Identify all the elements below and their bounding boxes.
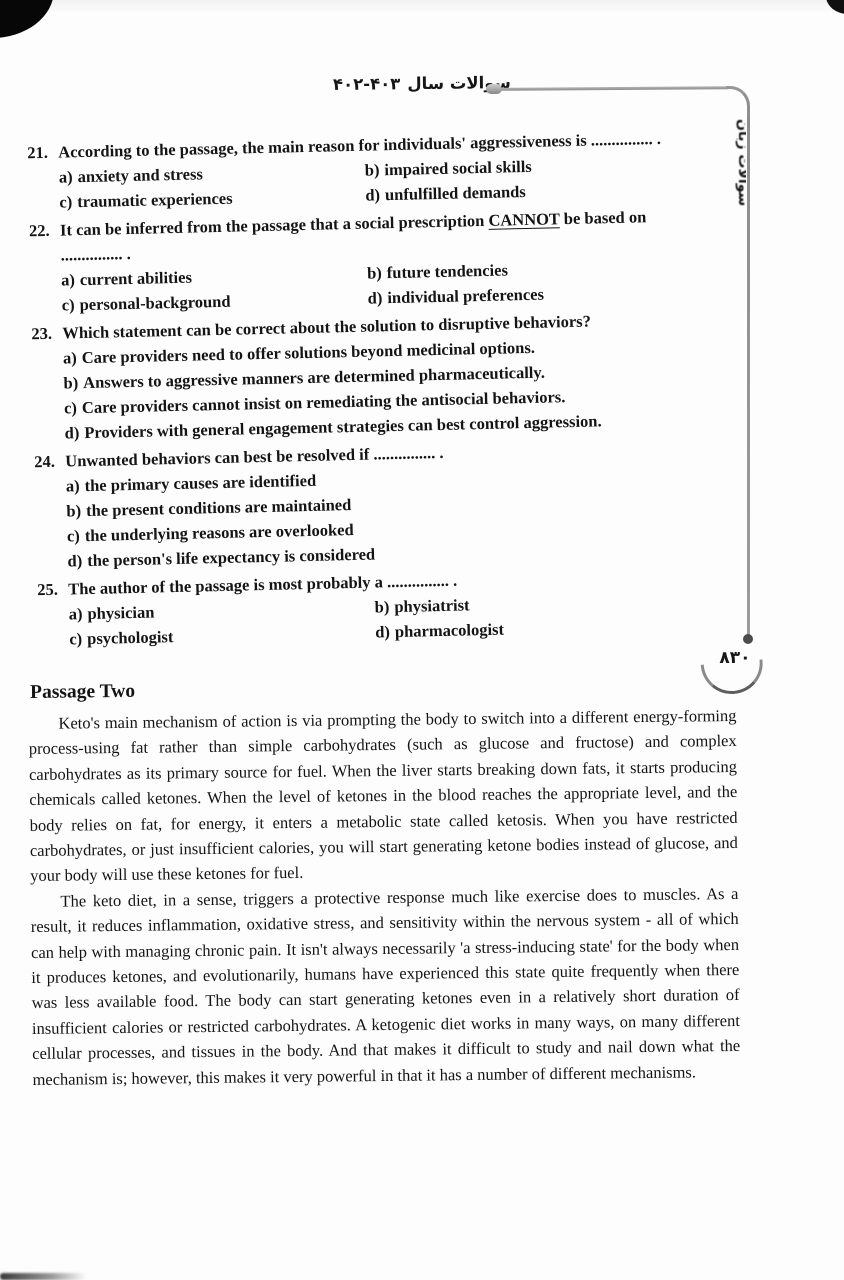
option-text: the person's life expectancy is consider…: [87, 545, 375, 571]
option-letter: a): [69, 604, 83, 623]
question-number: 23.: [31, 321, 52, 346]
passage-heading: Passage Two: [30, 674, 736, 704]
option-text: physiatrist: [394, 595, 470, 616]
option-letter: b): [66, 501, 81, 520]
option-text: anxiety and stress: [77, 164, 203, 186]
option-letter: d): [375, 622, 390, 641]
question-item: 25.The author of the passage is most pro…: [10, 561, 754, 653]
ornament-capsule: [486, 84, 502, 94]
option-letter: b): [367, 263, 382, 282]
stem-segment: CANNOT: [488, 209, 560, 230]
option-text: the underlying reasons are overlooked: [85, 520, 354, 545]
header-title-years: ۴۰۲-۴۰۳: [333, 74, 400, 94]
question-number: 25.: [37, 577, 58, 602]
passage-paragraphs: Keto's main mechanism of action is via p…: [28, 703, 740, 1092]
option-letter: b): [365, 160, 380, 179]
option-text: psychologist: [87, 627, 174, 648]
option-letter: a): [61, 270, 75, 289]
question-item: 24.Unwanted behaviors can best be resolv…: [7, 433, 752, 575]
option-text: current abilities: [80, 268, 192, 290]
photo-corner-top-left: [0, 0, 54, 38]
option-letter: a): [66, 476, 80, 495]
option-text: traumatic experiences: [77, 189, 233, 212]
option-letter: d): [365, 185, 380, 204]
passage-section: Passage Two Keto's main mechanism of act…: [28, 674, 741, 1092]
question-number: 21.: [27, 140, 48, 165]
option-letter: b): [63, 373, 78, 392]
option-text: unfulfilled demands: [385, 182, 526, 204]
passage-paragraph: Keto's main mechanism of action is via p…: [28, 703, 738, 889]
option-text: future tendencies: [387, 260, 509, 282]
option-letter: b): [374, 597, 389, 616]
questions-list: 21.According to the passage, the main re…: [0, 124, 753, 656]
stem-segment: be based on: [559, 207, 646, 228]
option-letter: d): [367, 288, 382, 307]
passage-paragraph: The keto diet, in a sense, triggers a pr…: [30, 881, 740, 1092]
option-letter: c): [62, 295, 75, 314]
photo-smudge-bottom-left: [0, 1273, 86, 1280]
scanned-book-page: { "colors": { "ink": "#161616", "ornamen…: [0, 0, 844, 1280]
option-text: individual preferences: [387, 285, 544, 308]
photo-top-fade: [0, 0, 844, 14]
question-item: 23.Which statement can be correct about …: [4, 305, 749, 447]
question-item: 21.According to the passage, the main re…: [0, 124, 744, 216]
question-number: 22.: [29, 218, 50, 243]
ornament-corner: [726, 86, 750, 118]
option-letter: c): [69, 629, 82, 648]
option-letter: d): [64, 423, 79, 442]
ornament-line: [501, 86, 729, 91]
option-letter: c): [64, 398, 77, 417]
option-text: physician: [87, 603, 154, 624]
option-text: the primary causes are identified: [84, 471, 316, 495]
option-letter: a): [63, 348, 77, 367]
option-letter: a): [59, 167, 73, 186]
option-text: impaired social skills: [384, 157, 532, 179]
option-letter: d): [67, 551, 82, 570]
option-letter: c): [67, 526, 80, 545]
option-text: pharmacologist: [395, 620, 504, 641]
question-number: 24.: [34, 449, 55, 474]
header-title: ۴۰۲-۴۰۳سوالات سال: [333, 73, 511, 94]
option-letter: c): [59, 192, 72, 211]
option-text: personal-background: [79, 292, 230, 314]
option-text: the present conditions are maintained: [86, 495, 352, 520]
question-item: 22.It can be inferred from the passage t…: [2, 202, 746, 319]
